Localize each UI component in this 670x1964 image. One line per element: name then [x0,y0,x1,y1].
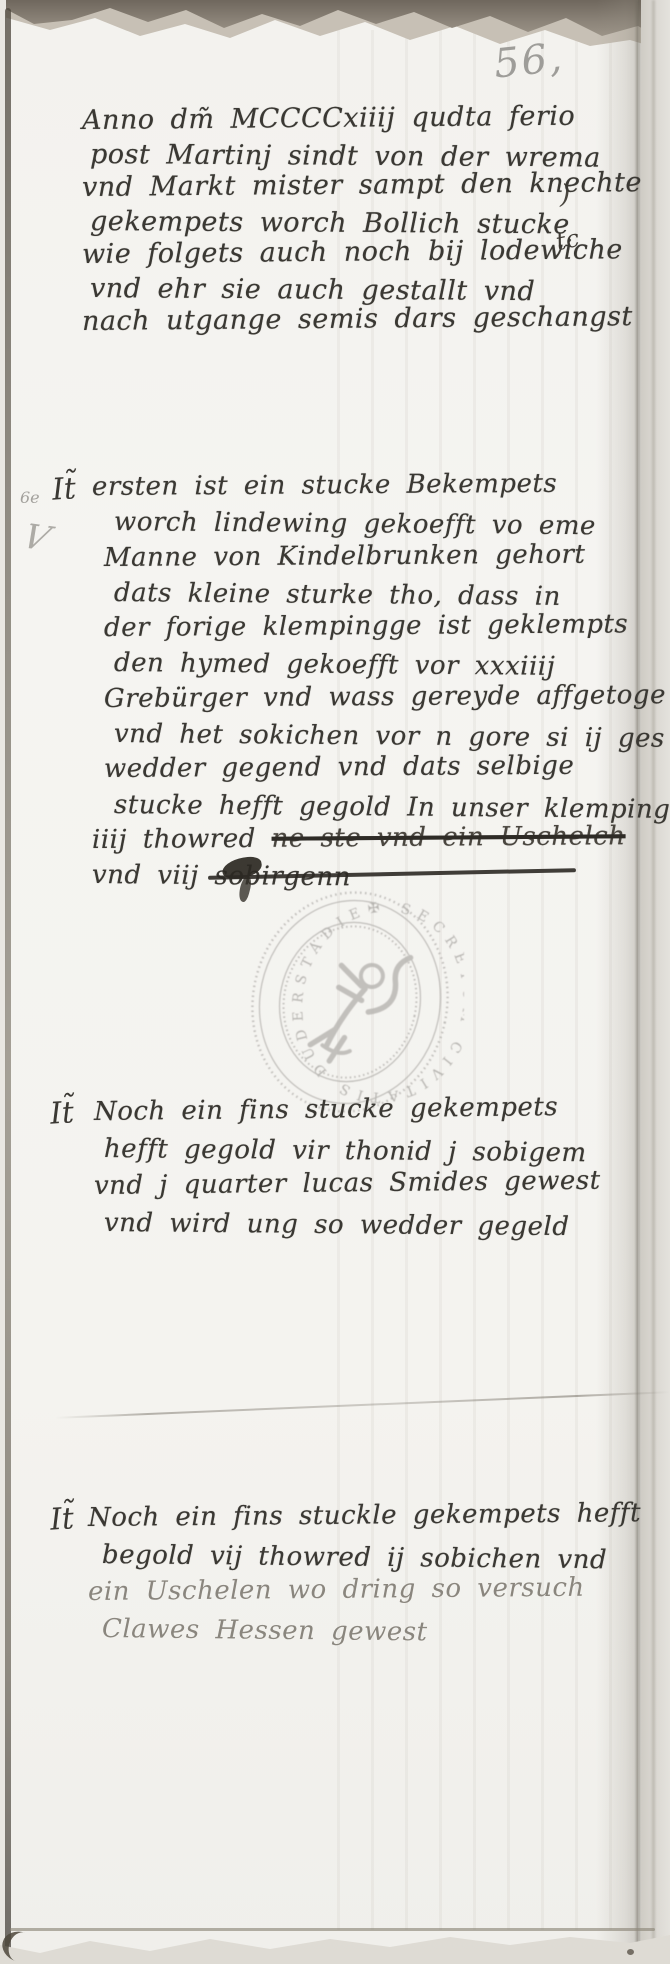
manuscript-paragraph-1: Anno dm̃ MCCCCxiiij qudta ferio post Mar… [82,104,642,339]
seal-inner-ring [265,909,435,1095]
manuscript-scan-page: 56, 6e V ) tc Anno dm̃ MCCCCxiiij qudta … [0,0,670,1964]
manuscript-line: nach utgange semis dars geschangst [82,300,642,338]
manuscript-line: vnd Markt mister sampt den knechte [82,166,642,204]
manuscript-line: Noch ein fins stuckle gekempets hefft [88,1495,641,1537]
manuscript-line: Noch ein fins stucke gekempets [94,1089,601,1131]
lion-rampant-icon [308,941,411,1073]
struck-out-text: ne ste vnd ein Uschelch [271,821,625,853]
manuscript-paragraph-4: Noch ein fins stuckle gekempets hefft be… [88,1500,641,1648]
seal-legend: ✠ SECRETUM CIVITATIS DUDERSTADIEN [236,880,464,1122]
manuscript-paragraph-3: Noch ein fins stucke gekempets hefft geg… [88,1094,601,1242]
item-marker: It̃ [49,1095,75,1132]
bottom-page-edge [10,1928,655,1931]
margin-note: 6e [20,488,40,507]
manuscript-line-amount: iiij thowred ne ste vnd ein Uschelch [92,819,670,858]
margin-checkmark: V [17,517,55,559]
manuscript-line: Manne von Kindelbrunken gehort [104,537,670,576]
right-band-streak [652,0,655,1964]
manuscript-line: der forige klempingge ist geklempts [104,607,670,646]
bottom-ink-dot [627,1949,634,1955]
manuscript-line: wedder gegend vnd dats selbige [104,748,670,787]
torn-edge-right [641,0,670,1964]
item-marker: It̃ [49,1501,75,1538]
manuscript-line: vnd j quarter lucas Smides gewest [94,1163,601,1205]
manuscript-line: Anno dm̃ MCCCCxiiij qudta ferio [82,99,642,137]
item-marker: It̃ [51,471,77,508]
manuscript-line: ersten ist ein stucke Bekempets [92,466,670,505]
manuscript-line: Clawes Hessen gewest [102,1611,641,1654]
manuscript-line: ein Uschelen wo dring so versuch [88,1569,641,1611]
bottom-torn-band [0,1931,670,1964]
fold-crease-line [55,1391,670,1418]
manuscript-line: vnd wird ung so wedder gegeld [104,1205,601,1246]
svg-text:✠ SECRETUM CIVITATIS DUDERSTAD: ✠ SECRETUM CIVITATIS DUDERSTADIEN [236,880,464,1122]
binding-edge-left [5,8,11,1958]
manuscript-line: wie folgets auch noch bij lodewiche [82,233,642,271]
amount-text: iiij thowred [92,824,256,855]
city-seal-stamp: ✠ SECRETUM CIVITATIS DUDERSTADIEN [236,880,464,1124]
manuscript-line: Grebürger vnd wass gereyde affgetoge [104,678,670,717]
manuscript-paragraph-2: ersten ist ein stucke Bekempets worch li… [92,470,670,894]
page-number: 56, [492,34,566,87]
